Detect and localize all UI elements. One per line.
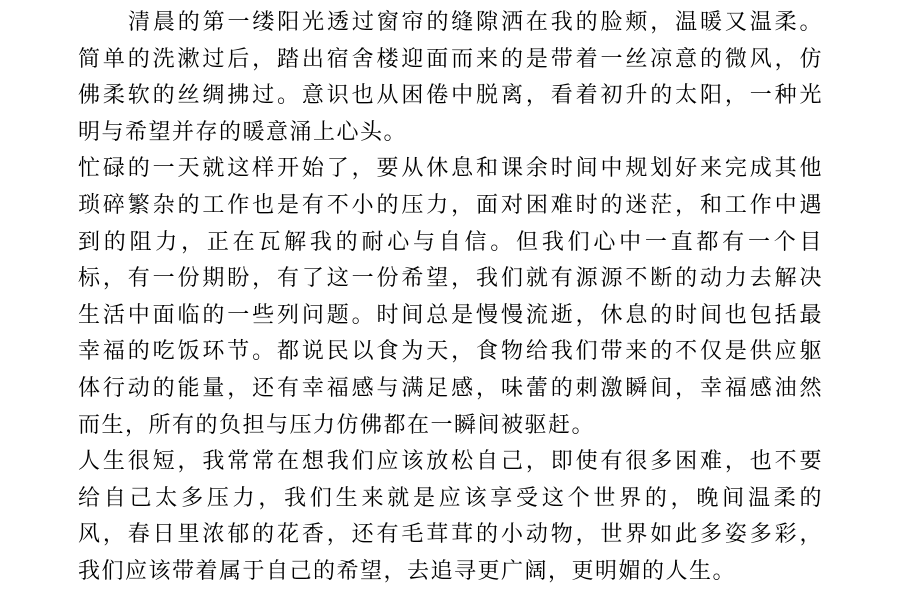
text-line: 标，有一份期盼，有了这一份希望，我们就有源源不断的动力去解决: [78, 260, 823, 297]
text-line: 人生很短，我常常在想我们应该放松自己，即使有很多困难，也不要: [78, 443, 823, 480]
paragraph-1: 清晨的第一缕阳光透过窗帘的缝隙洒在我的脸颊，温暖又温柔。 简单的洗漱过后，踏出宿…: [78, 4, 823, 150]
text-line: 而生，所有的负担与压力仿佛都在一瞬间被驱赶。: [78, 407, 823, 444]
paragraph-2: 忙碌的一天就这样开始了，要从休息和课余时间中规划好来完成其他 琐碎繁杂的工作也是…: [78, 150, 823, 443]
text-line: 给自己太多压力，我们生来就是应该享受这个世界的，晚间温柔的: [78, 480, 823, 517]
text-line: 生活中面临的一些列问题。时间总是慢慢流逝，休息的时间也包括最: [78, 297, 823, 334]
text-line: 风，春日里浓郁的花香，还有毛茸茸的小动物，世界如此多姿多彩，: [78, 516, 823, 553]
text-line: 清晨的第一缕阳光透过窗帘的缝隙洒在我的脸颊，温暖又温柔。: [78, 4, 823, 41]
text-line: 琐碎繁杂的工作也是有不小的压力，面对困难时的迷茫，和工作中遇: [78, 187, 823, 224]
text-line: 明与希望并存的暖意涌上心头。: [78, 114, 823, 151]
text-line: 忙碌的一天就这样开始了，要从休息和课余时间中规划好来完成其他: [78, 150, 823, 187]
text-line: 简单的洗漱过后，踏出宿舍楼迎面而来的是带着一丝凉意的微风，仿: [78, 41, 823, 78]
text-line: 到的阻力，正在瓦解我的耐心与自信。但我们心中一直都有一个目: [78, 224, 823, 261]
paragraph-3: 人生很短，我常常在想我们应该放松自己，即使有很多困难，也不要 给自己太多压力，我…: [78, 443, 823, 589]
document-page: 清晨的第一缕阳光透过窗帘的缝隙洒在我的脸颊，温暖又温柔。 简单的洗漱过后，踏出宿…: [0, 0, 900, 600]
text-line: 我们应该带着属于自己的希望，去追寻更广阔，更明媚的人生。: [78, 553, 823, 590]
text-line: 佛柔软的丝绸拂过。意识也从困倦中脱离，看着初升的太阳，一种光: [78, 77, 823, 114]
text-line: 幸福的吃饭环节。都说民以食为天，食物给我们带来的不仅是供应躯: [78, 333, 823, 370]
text-line: 体行动的能量，还有幸福感与满足感，味蕾的刺激瞬间，幸福感油然: [78, 370, 823, 407]
